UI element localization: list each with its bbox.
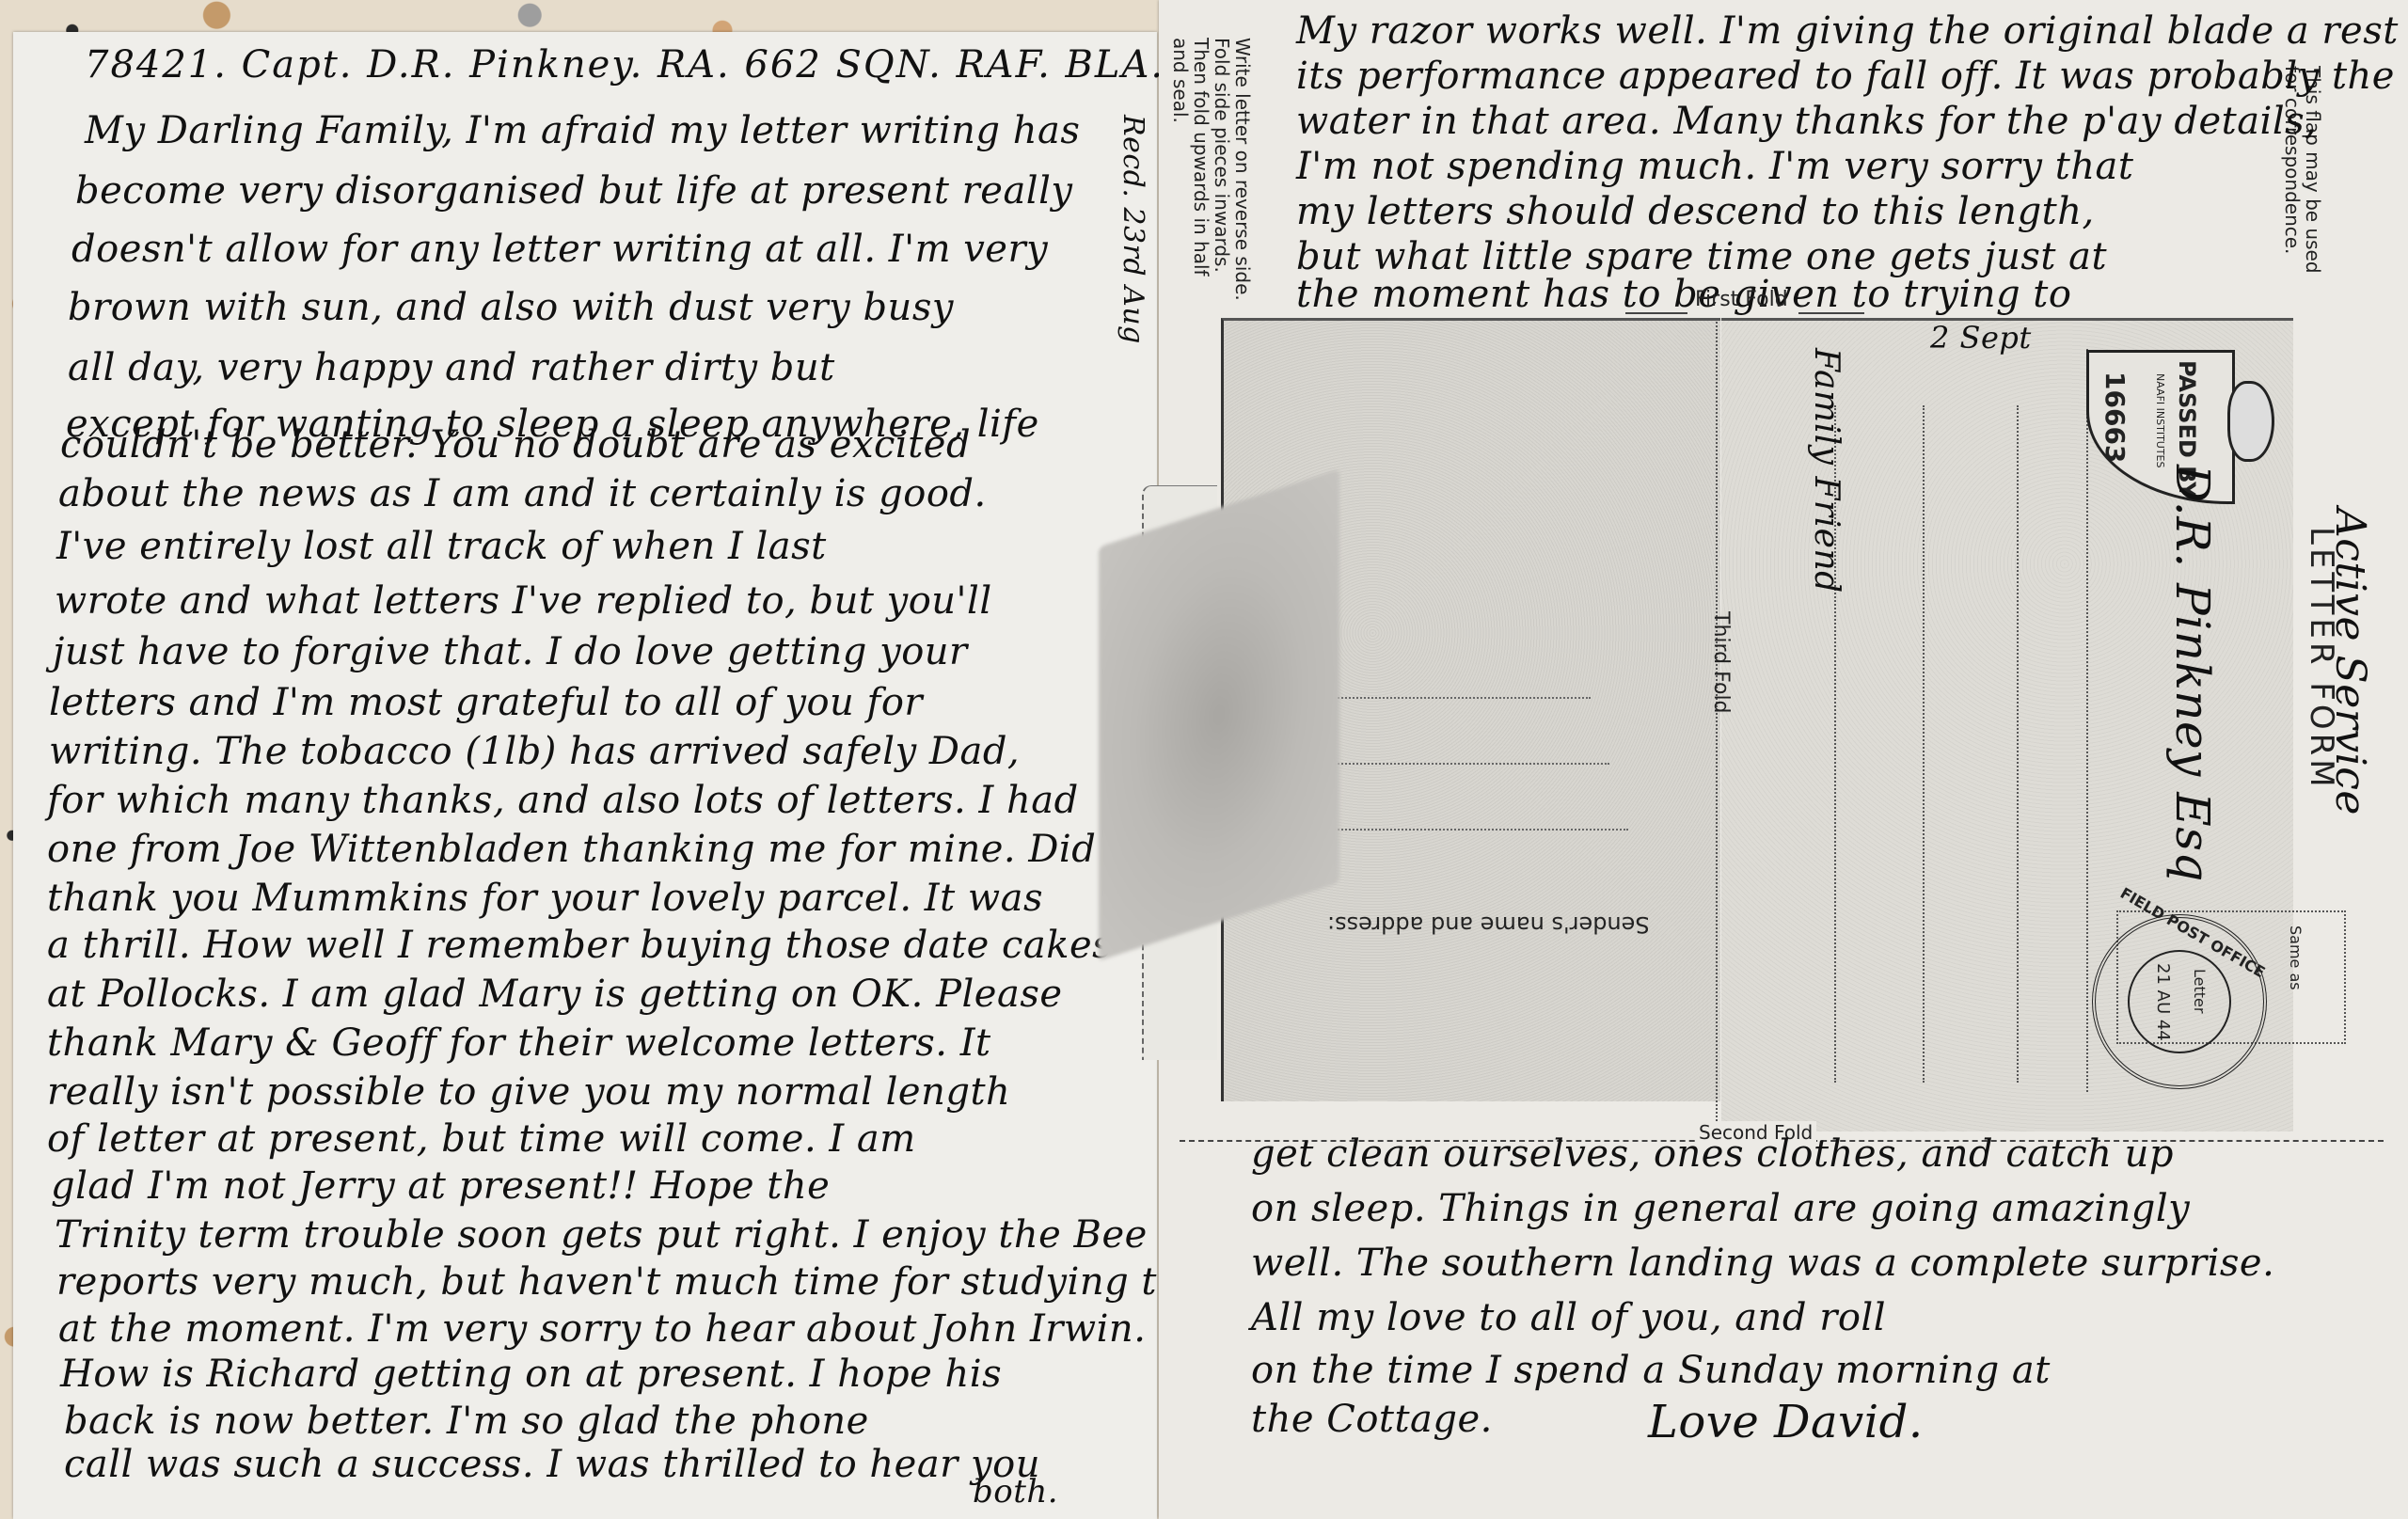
redacted-address-blur [1099,468,1339,960]
instruction-line: Write letter on reverse side. [1232,38,1253,301]
letter-line: really isn't possible to give you my nor… [47,1070,1010,1114]
crown-icon [2227,381,2274,462]
letter-line: letters and I'm most grateful to all of … [49,681,923,724]
letter-line: its performance appeared to fall off. It… [1296,55,2408,98]
letter-line: All my love to all of you, and roll [1251,1296,1886,1339]
stamp-box-note: Same as [2287,926,2305,990]
instruction-line: and seal. [1170,38,1191,301]
letter-line: My Darling Family, I'm afraid my letter … [85,109,1080,152]
letter-line: both. [973,1473,1058,1511]
letter-line: the Cottage. [1251,1398,1493,1441]
letter-line: thank you Mummkins for your lovely parce… [47,877,1043,920]
first-fold-arrow-right [1798,312,1864,314]
field-post-office-postmark: FIELD POST OFFICE 21 AU 44 Letter [2092,914,2267,1089]
letter-line: for which many thanks, and also lots of … [47,779,1079,822]
pencil-mark: 2 Sept [1930,320,2032,356]
letter-page-left: 78421. Capt. D.R. Pinkney. RA. 662 SQN. … [13,32,1157,1519]
first-fold-arrow-left [1625,312,1687,314]
letter-line: Trinity term trouble soon gets put right… [55,1213,1148,1257]
letter-line: I'm not spending much. I'm very sorry th… [1296,145,2133,188]
letter-page-right: Write letter on reverse side. Fold side … [1159,0,2408,1519]
letter-line: call was such a success. I was thrilled … [64,1443,1040,1486]
postmark-date: 21 AU 44 [2153,963,2173,1041]
handwritten-side-note: Family Friend [1807,348,1846,593]
letter-line: on sleep. Things in general are going am… [1251,1187,2190,1230]
letter-form-title: LETTER FORM [2303,527,2340,791]
addressee-name: D.R. Pinkney Esq [2165,465,2220,882]
letter-line: thank Mary & Geoff for their welcome let… [47,1021,991,1065]
letter-line: a thrill. How well I remember buying tho… [47,924,1112,967]
postmark-inner-ring [2128,950,2231,1053]
letter-line: back is now better. I'm so glad the phon… [64,1400,869,1443]
letter-line: writing. The tobacco (1lb) has arrived s… [49,730,1020,773]
letter-line: reports very much, but haven't much time… [56,1260,1241,1304]
letter-line: glad I'm not Jerry at present!! Hope the [51,1164,830,1208]
letter-line: about the news as I am and it certainly … [58,472,987,515]
letter-line: one from Joe Wittenbladen thanking me fo… [47,828,1124,871]
censor-stamp-number: 16663 [2099,372,2131,463]
letter-line: all day, very happy and rather dirty but [68,346,835,389]
letter-line: How is Richard getting on at present. I … [60,1353,1002,1396]
letter-line: couldn't be better. You no doubt are as … [60,423,971,467]
form-instructions: Write letter on reverse side. Fold side … [1170,38,1253,301]
letter-line: my letters should descend to this length… [1296,190,2095,233]
letter-line: at Pollocks. I am glad Mary is getting o… [47,973,1063,1016]
address-column-line [1923,405,1925,1083]
letter-line: at the moment. I'm very sorry to hear ab… [58,1307,1146,1351]
letter-line: My razor works well. I'm giving the orig… [1296,9,2408,53]
first-fold-label: First Fold [1695,288,1788,311]
letter-line: I've entirely lost all track of when I l… [56,525,827,568]
letter-line: get clean ourselves, ones clothes, and c… [1251,1132,2174,1176]
letter-line: become very disorganised but life at pre… [75,169,1072,213]
instruction-line: Then fold upwards in half [1191,38,1212,301]
censor-stamp-emblem: NAAFI INSTITUTES [2154,373,2166,468]
sender-label: Sender's name and address: [1327,911,1650,938]
address-column-line [2017,405,2019,1083]
third-fold-line [1716,318,1718,1129]
signature: Love David. [1648,1396,1924,1448]
letter-line: well. The southern landing was a complet… [1251,1242,2274,1285]
letter-line: on the time I spend a Sunday morning at [1251,1349,2051,1392]
instruction-line: Fold side pieces inwards. [1212,38,1232,301]
letter-line: doesn't allow for any letter writing at … [71,228,1048,271]
letter-line: just have to forgive that. I do love get… [53,630,968,673]
received-date-note: Recd. 23rd Aug [1117,115,1149,344]
letter-line: the moment has to be given to trying to [1296,273,2071,316]
address-column-line [2086,349,2088,1092]
letter-line: of letter at present, but time will come… [47,1117,916,1161]
third-fold-label: Third Fold [1709,611,1733,714]
postmark-letter-label: Letter [2191,969,2209,1013]
letter-line: brown with sun, and also with dust very … [68,286,954,329]
letter-line: water in that area. Many thanks for the … [1296,100,2317,143]
letter-line: wrote and what letters I've replied to, … [55,579,992,623]
